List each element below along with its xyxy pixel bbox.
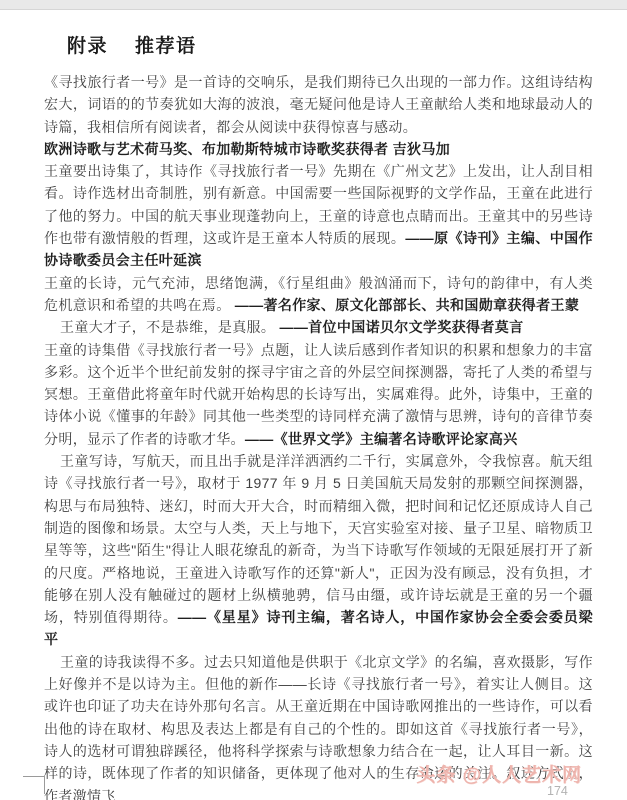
attribution-text: ——首位中国诺贝尔文学奖获得者莫言: [280, 319, 524, 335]
page-number: 174: [547, 784, 568, 798]
attribution-text: ——《世界文学》主编著名诗歌评论家高兴: [245, 431, 518, 447]
paragraph: 王童写诗，写航天，而且出手就是洋洋洒洒约二千行，实属意外，令我惊喜。航天组诗《寻…: [44, 450, 593, 651]
text-boundary-corner-mark: [23, 776, 45, 794]
toutiao-watermark: 头条 @人人艺术网: [416, 760, 582, 787]
paragraph: 王童大才子，不是恭维，是真服。 ——首位中国诺贝尔文学奖获得者莫言: [44, 316, 593, 338]
attribution-text: ——著名作家、原文化部部长、共和国勋章获得者王蒙: [235, 297, 579, 313]
paragraph: 王童要出诗集了，其诗作《寻找旅行者一号》先期在《广州文艺》上发出，让人刮目相看。…: [44, 160, 593, 271]
paragraph: 王童的诗集借《寻找旅行者一号》点题，让人读后感到作者知识的积累和想象力的丰富多彩…: [44, 339, 593, 450]
document-body: 《寻找旅行者一号》是一首诗的交响乐，是我们期待已久出现的一部力作。这组诗结构宏大…: [44, 71, 593, 800]
title-subject-label: 推荐语: [135, 31, 197, 58]
paragraph: 《寻找旅行者一号》是一首诗的交响乐，是我们期待已久出现的一部力作。这组诗结构宏大…: [44, 71, 593, 138]
attribution-text: 欧洲诗歌与艺术荷马奖、布加勒斯特城市诗歌奖获得者 吉狄马加: [44, 141, 450, 157]
paragraph: 欧洲诗歌与艺术荷马奖、布加勒斯特城市诗歌奖获得者 吉狄马加: [44, 138, 593, 160]
paragraph-text: 王童写诗，写航天，而且出手就是洋洋洒洒约二千行，实属意外，令我惊喜。航天组诗《寻…: [44, 453, 593, 625]
paragraph-text: 《寻找旅行者一号》是一首诗的交响乐，是我们期待已久出现的一部力作。这组诗结构宏大…: [44, 74, 593, 135]
top-edge-strip: [0, 0, 627, 10]
paragraph: 王童的长诗，元气充沛，思绪饱满，《行星组曲》般汹涌而下，诗句的韵律中，有人类危机…: [44, 272, 593, 317]
title-appendix-label: 附录: [67, 31, 108, 58]
paragraph-text: 王童大才子，不是恭维，是真服。: [60, 319, 280, 335]
document-page: 附录 推荐语 《寻找旅行者一号》是一首诗的交响乐，是我们期待已久出现的一部力作。…: [0, 0, 627, 800]
page-title: 附录 推荐语: [67, 31, 197, 58]
